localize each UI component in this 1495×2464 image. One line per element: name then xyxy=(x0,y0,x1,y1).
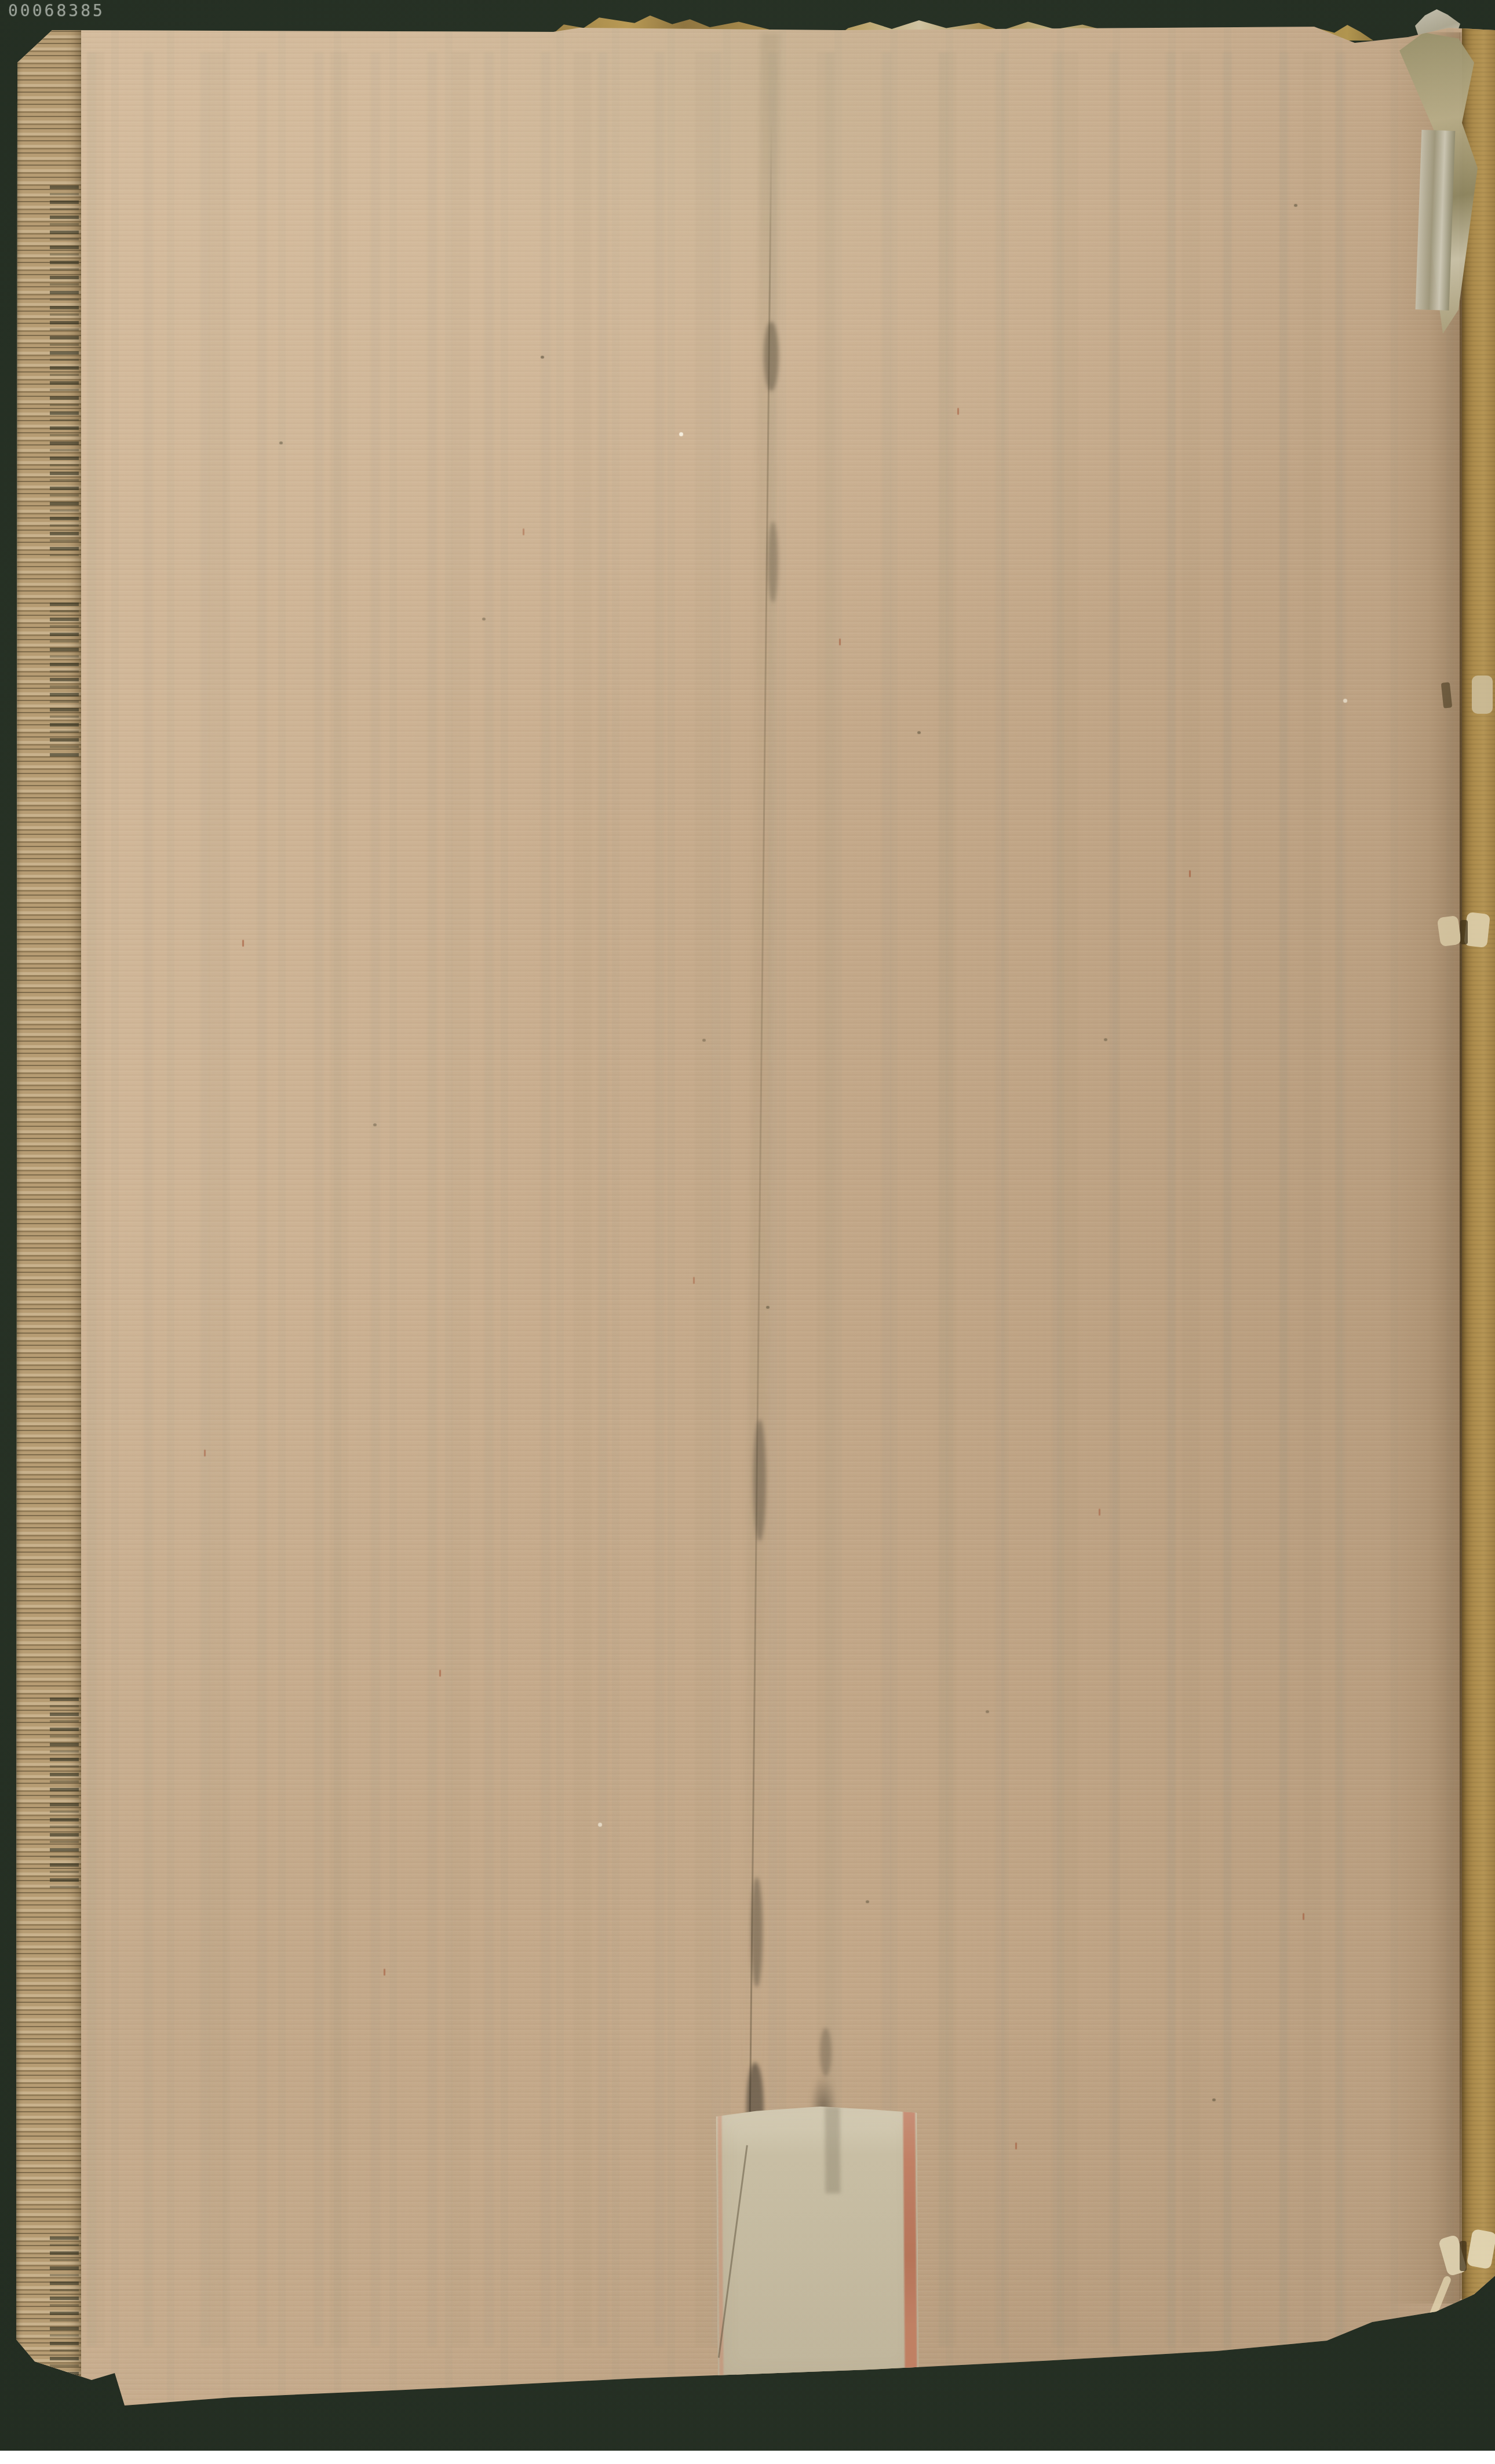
patch-red-stripe xyxy=(903,2109,917,2378)
bottom-scanner-strip xyxy=(0,2451,1495,2464)
fore-edge-ink-marks xyxy=(50,2236,79,2375)
ink-smudge xyxy=(753,1419,766,1541)
patch-smudge-streak xyxy=(825,2107,840,2193)
bleedthrough-ghost-columns xyxy=(87,52,1362,2346)
fore-edge-ink-marks xyxy=(50,603,79,759)
watermark-id: 00068385 xyxy=(8,2,105,20)
binding-strip xyxy=(1462,25,1495,2302)
binding-gutter-shadow xyxy=(1381,32,1460,2304)
stitch-hole xyxy=(1460,2241,1467,2271)
fore-edge-ink-marks xyxy=(50,185,79,556)
scan-root: 00068385 xyxy=(0,0,1495,2464)
ink-smudge xyxy=(820,2028,832,2076)
book-page xyxy=(0,0,1495,2464)
stitch-thread xyxy=(1437,915,1462,947)
light-specks xyxy=(0,0,4,4)
ink-smudge xyxy=(768,521,778,603)
stitch-hole xyxy=(1460,920,1468,944)
stitch-hole xyxy=(1472,676,1493,714)
ink-smudge xyxy=(751,1877,763,1987)
ink-smudge xyxy=(764,322,779,391)
dark-specks xyxy=(0,0,3,3)
red-paper-fibers xyxy=(0,0,2,7)
repair-patch xyxy=(716,2106,918,2379)
tape-remnant xyxy=(1416,130,1456,311)
fore-edge-ink-marks xyxy=(50,1698,79,1889)
